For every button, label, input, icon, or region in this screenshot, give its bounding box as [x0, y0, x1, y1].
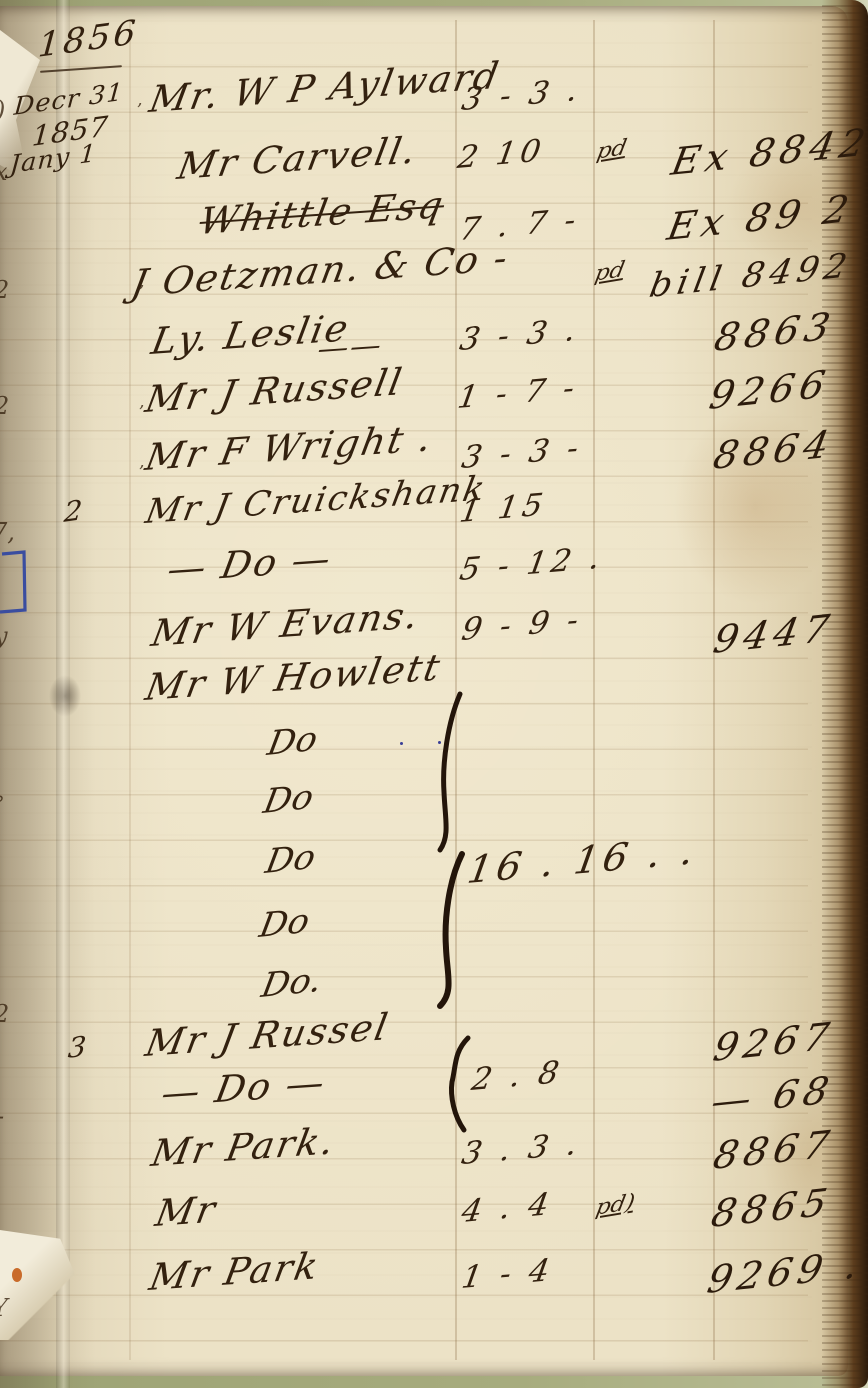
gutter-fold-highlight [56, 0, 70, 1388]
margin-fragment: - [0, 1102, 4, 1130]
scanned-ledger-photo: { "document": { "kind": "handwritten led… [0, 0, 868, 1388]
pen-tick: ʼ [136, 100, 142, 121]
name-flourish-dash: —— [315, 328, 386, 367]
entry-ditto: Do [256, 901, 312, 946]
entry-ditto: Do [262, 837, 318, 882]
entry-name: Mr [152, 1188, 220, 1235]
entry-date: 3 [67, 1030, 89, 1065]
column-rule-amount [455, 20, 457, 1360]
binding-gutter-shadow [0, 0, 95, 1388]
pen-tick: ʼ [138, 402, 144, 423]
entry-ditto: Do. [258, 960, 325, 1006]
entry-ditto: Do [264, 719, 320, 764]
column-rule-mark [593, 20, 595, 1360]
margin-fragment: 2 [0, 392, 9, 420]
margin-fragment: x [0, 158, 8, 186]
blue-ink-speck [400, 742, 403, 745]
margin-fragment: 7, [0, 518, 15, 546]
column-rule-date [129, 20, 131, 1360]
entry-ditto: Do [260, 777, 316, 822]
margin-fragment: 2 [0, 1000, 9, 1028]
margin-fragment: ) [0, 96, 5, 124]
group-brace-pair [440, 1036, 474, 1132]
group-brace-upper [430, 692, 470, 852]
blue-bracket-annotation [0, 548, 30, 618]
margin-fragment: y [0, 622, 8, 650]
pen-tick: ʼ [138, 462, 144, 483]
margin-fragment: 2 [0, 276, 9, 304]
entry-date: 2 [63, 494, 85, 529]
blue-ink-speck [438, 741, 441, 744]
pen-tick: ʼ [138, 282, 144, 303]
margin-fragment: Y [0, 1294, 8, 1322]
margin-fragment: ʾ [0, 792, 3, 820]
